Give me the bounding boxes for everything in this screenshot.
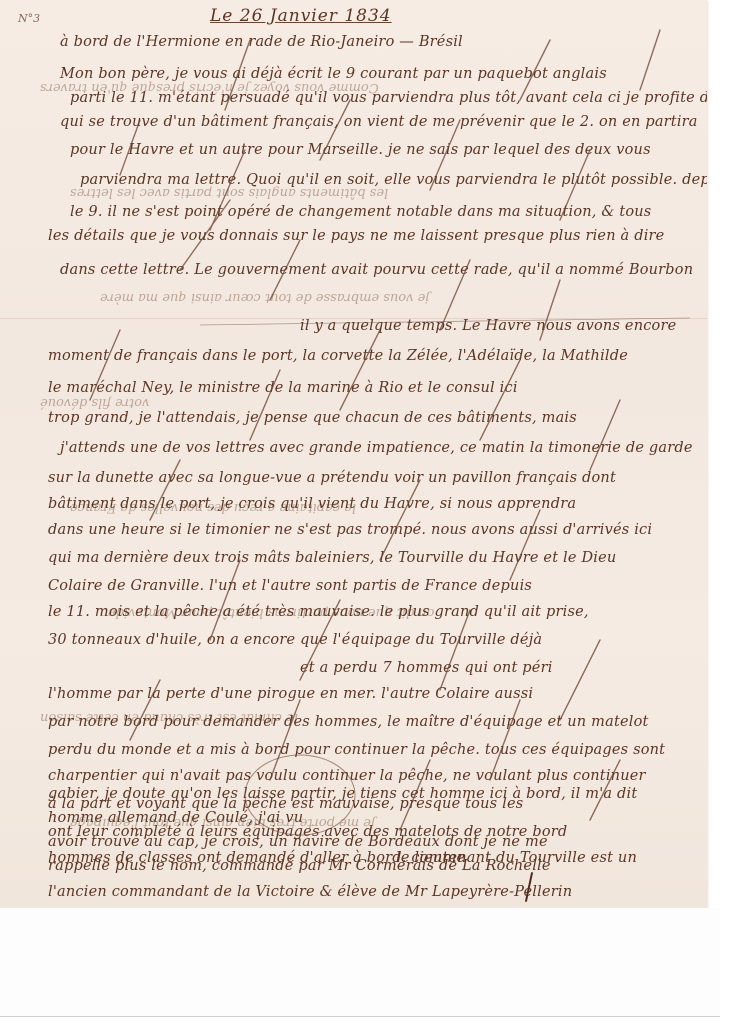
- handwritten-line: homme allemand de Coulé, j'ai vu: [48, 810, 303, 826]
- handwritten-line: qui se trouve d'un bâtiment français, on…: [60, 114, 698, 130]
- handwritten-line: j'attends une de vos lettres avec grande…: [60, 440, 693, 456]
- handwritten-line: avoir trouvé au cap, je crois, un navire…: [48, 834, 548, 850]
- handwritten-line: perdu du monde et a mis à bord pour cont…: [48, 742, 665, 758]
- handwritten-line: dans cette lettre. Le gouvernement avait…: [60, 262, 693, 278]
- handwritten-line: rappelle plus le nom, commandé par Mr Co…: [48, 858, 551, 874]
- letter-date: Le 26 Janvier 1834: [210, 6, 392, 26]
- handwritten-line: par notre bord pour demander des hommes,…: [48, 714, 649, 730]
- handwritten-line: Mon bon père, je vous ai déjà écrit le 9…: [60, 66, 607, 82]
- letter-page: N°3 Le 26 Janvier 1834 Comme vous voyez …: [0, 0, 707, 908]
- handwritten-line: l'ancien commandant de la Victoire & élè…: [48, 884, 572, 900]
- handwritten-line: Colaire de Granville. l'un et l'autre so…: [48, 578, 532, 594]
- handwritten-line: parviendra ma lettre. Quoi qu'il en soit…: [80, 172, 707, 188]
- handwritten-line: il y a quelque temps. Le Havre nous avon…: [300, 318, 676, 334]
- handwritten-line: dans une heure si le timonier ne s'est p…: [48, 522, 652, 538]
- handwritten-line: le 9. il ne s'est point opéré de changem…: [70, 204, 651, 220]
- handwritten-line: parti le 11. m'étant persuadé qu'il vous…: [70, 90, 707, 106]
- handwritten-line: moment de français dans le port, la corv…: [48, 348, 628, 364]
- handwritten-line: et a perdu 7 hommes qui ont péri: [300, 660, 553, 676]
- handwritten-line: le 11. mois et la pêche a été très mauva…: [48, 604, 589, 620]
- blank-backing-sheet: [0, 908, 720, 1017]
- handwritten-line: pour le Havre et un autre pour Marseille…: [70, 142, 651, 158]
- page-number: N°3: [18, 12, 40, 25]
- handwritten-line: trop grand, je l'attendais, je pense que…: [48, 410, 577, 426]
- crosswritten-line: votre fils dévoué: [40, 395, 149, 410]
- handwritten-line: à bord de l'Hermione en rade de Rio-Jane…: [60, 34, 463, 50]
- handwritten-line: gabier, je doute qu'on les laisse partir…: [48, 786, 637, 802]
- handwritten-line: sur la dunette avec sa longue-vue a prét…: [48, 470, 616, 486]
- handwritten-line: qui ma dernière deux trois mâts baleinie…: [48, 550, 616, 566]
- handwritten-line: charpentier qui n'avait pas voulu contin…: [48, 768, 646, 784]
- crosswritten-line: je vous embrasse de tout cœur ainsi que …: [100, 290, 429, 305]
- handwritten-line: l'homme par la perte d'une pirogue en me…: [48, 686, 533, 702]
- handwritten-line: bâtiment dans le port, je crois qu'il vi…: [48, 496, 576, 512]
- handwritten-line: le maréchal Ney, le ministre de la marin…: [48, 380, 518, 396]
- handwritten-line: 30 tonneaux d'huile, on a encore que l'é…: [48, 632, 542, 648]
- handwritten-line: les détails que je vous donnais sur le p…: [48, 228, 664, 244]
